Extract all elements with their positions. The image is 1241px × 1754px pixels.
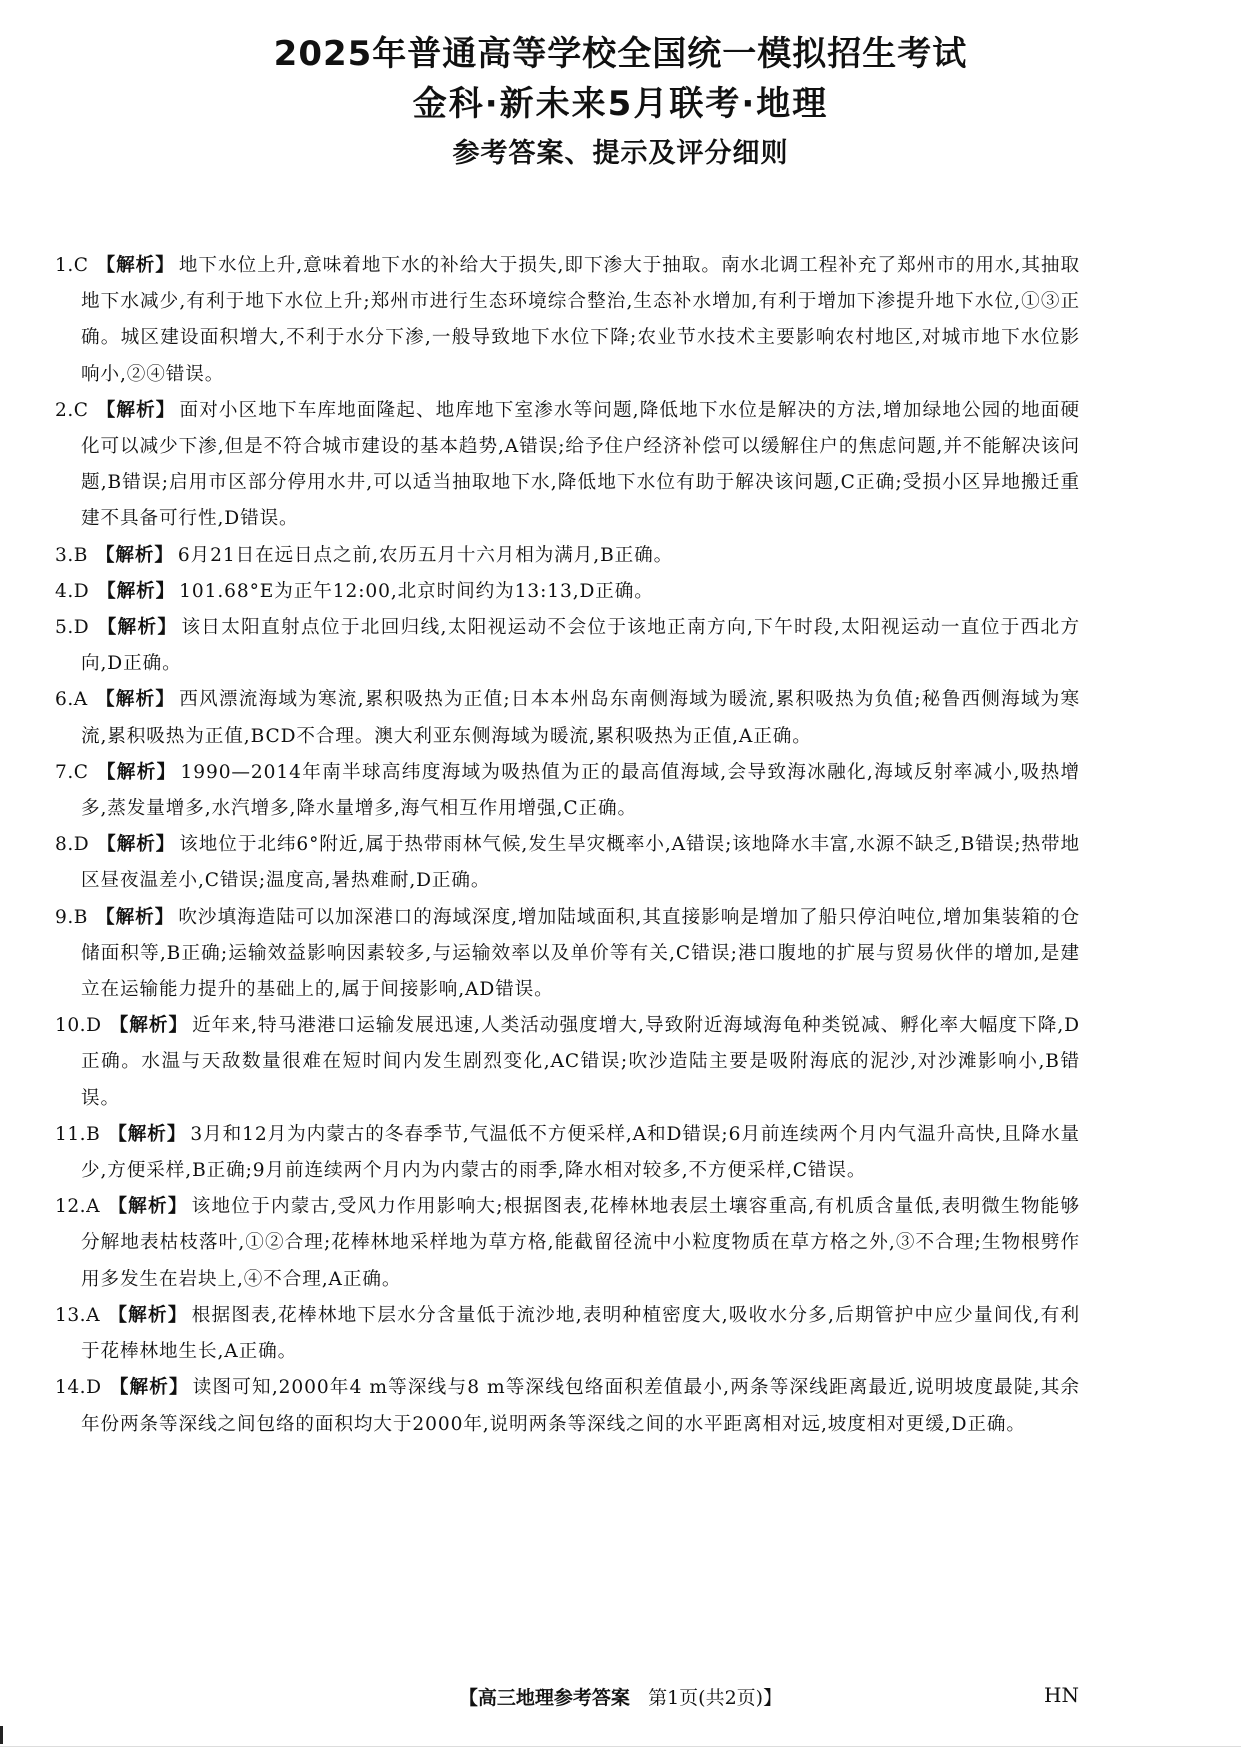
answer-item: 3.B【解析】6月21日在远日点之前,农历五月十六月相为满月,B正确。 xyxy=(55,538,1080,574)
answer-choice: 9.B xyxy=(55,907,88,928)
answer-explanation: 面对小区地下车库地面隆起、地库地下室渗水等问题,降低地下水位是解决的方法,增加绿… xyxy=(81,400,1080,530)
answer-item: 13.A【解析】根据图表,花棒林地下层水分含量低于流沙地,表明种植密度大,吸收水… xyxy=(55,1298,1080,1370)
footer-doc-label: 【高三地理参考答案 xyxy=(459,1687,630,1709)
answer-explanation: 吹沙填海造陆可以加深港口的海域深度,增加陆域面积,其直接影响是增加了船只停泊吨位… xyxy=(81,907,1080,1000)
answer-choice: 7.C xyxy=(55,762,88,783)
analysis-tag: 【解析】 xyxy=(96,255,174,276)
answer-explanation: 该地位于北纬6°附近,属于热带雨林气候,发生旱灾概率小,A错误;该地降水丰富,水… xyxy=(81,834,1080,891)
answer-explanation: 近年来,特马港港口运输发展迅速,人类活动强度增大,导致附近海域海龟种类锐减、孵化… xyxy=(81,1015,1080,1108)
analysis-tag: 【解析】 xyxy=(109,1015,188,1036)
answer-choice: 1.C xyxy=(55,255,88,276)
answer-explanation: 3月和12月为内蒙古的冬春季节,气温低不方便采样,A和D错误;6月前连续两个月内… xyxy=(81,1124,1080,1181)
footer-region-code: HN xyxy=(1044,1683,1079,1707)
answer-explanation: 6月21日在远日点之前,农历五月十六月相为满月,B正确。 xyxy=(178,545,673,566)
answer-item: 5.D【解析】该日太阳直射点位于北回归线,太阳视运动不会位于该地正南方向,下午时… xyxy=(55,610,1080,682)
answer-choice: 11.B xyxy=(55,1124,100,1145)
answer-choice: 4.D xyxy=(55,581,89,602)
answer-explanation: 该地位于内蒙古,受风力作用影响大;根据图表,花棒林地表层土壤容重高,有机质含量低… xyxy=(81,1196,1080,1289)
analysis-tag: 【解析】 xyxy=(108,1124,186,1145)
page-bottom-edge xyxy=(0,1746,1241,1747)
answer-item: 7.C【解析】1990—2014年南半球高纬度海域为吸热值为正的最高值海域,会导… xyxy=(55,755,1080,827)
document-header: 2025年普通高等学校全国统一模拟招生考试 金科·新未来5月联考·地理 参考答案… xyxy=(0,30,1241,176)
answer-choice: 2.C xyxy=(55,400,88,421)
answer-choice: 14.D xyxy=(55,1377,101,1398)
analysis-tag: 【解析】 xyxy=(96,545,174,566)
answer-choice: 12.A xyxy=(55,1196,100,1217)
answer-item: 12.A【解析】该地位于内蒙古,受风力作用影响大;根据图表,花棒林地表层土壤容重… xyxy=(55,1189,1080,1298)
analysis-tag: 【解析】 xyxy=(96,689,176,710)
scan-corner-mark xyxy=(0,1726,3,1744)
answer-explanation: 根据图表,花棒林地下层水分含量低于流沙地,表明种植密度大,吸收水分多,后期管护中… xyxy=(81,1305,1080,1362)
answer-item: 6.A【解析】西风漂流海域为寒流,累积吸热为正值;日本本州岛东南侧海域为暖流,累… xyxy=(55,682,1080,754)
answer-choice: 3.B xyxy=(55,545,88,566)
analysis-tag: 【解析】 xyxy=(97,617,177,638)
answer-explanation: 101.68°E为正午12:00,北京时间约为13:13,D正确。 xyxy=(179,581,654,602)
analysis-tag: 【解析】 xyxy=(96,400,175,421)
analysis-tag: 【解析】 xyxy=(97,834,175,855)
exam-subtitle: 金科·新未来5月联考·地理 xyxy=(0,78,1241,130)
answer-choice: 10.D xyxy=(55,1015,101,1036)
analysis-tag: 【解析】 xyxy=(97,581,175,602)
answer-list: 1.C【解析】地下水位上升,意味着地下水的补给大于损失,即下渗大于抽取。南水北调… xyxy=(55,248,1080,1443)
answer-item: 8.D【解析】该地位于北纬6°附近,属于热带雨林气候,发生旱灾概率小,A错误;该… xyxy=(55,827,1080,899)
answer-item: 4.D【解析】101.68°E为正午12:00,北京时间约为13:13,D正确。 xyxy=(55,574,1080,610)
answer-item: 1.C【解析】地下水位上升,意味着地下水的补给大于损失,即下渗大于抽取。南水北调… xyxy=(55,248,1080,393)
answer-item: 11.B【解析】3月和12月为内蒙古的冬春季节,气温低不方便采样,A和D错误;6… xyxy=(55,1117,1080,1189)
answer-choice: 6.A xyxy=(55,689,88,710)
answer-choice: 5.D xyxy=(55,617,89,638)
exam-title: 2025年普通高等学校全国统一模拟招生考试 xyxy=(0,30,1241,78)
answer-explanation: 该日太阳直射点位于北回归线,太阳视运动不会位于该地正南方向,下午时段,太阳视运动… xyxy=(81,617,1080,674)
answer-key-heading: 参考答案、提示及评分细则 xyxy=(0,132,1241,176)
analysis-tag: 【解析】 xyxy=(109,1377,188,1398)
answer-item: 10.D【解析】近年来,特马港港口运输发展迅速,人类活动强度增大,导致附近海域海… xyxy=(55,1008,1080,1117)
analysis-tag: 【解析】 xyxy=(96,907,174,928)
answer-item: 2.C【解析】面对小区地下车库地面隆起、地库地下室渗水等问题,降低地下水位是解决… xyxy=(55,393,1080,538)
answer-item: 9.B【解析】吹沙填海造陆可以加深港口的海域深度,增加陆域面积,其直接影响是增加… xyxy=(55,900,1080,1009)
answer-explanation: 西风漂流海域为寒流,累积吸热为正值;日本本州岛东南侧海域为暖流,累积吸热为负值;… xyxy=(81,689,1080,746)
answer-choice: 13.A xyxy=(55,1305,100,1326)
footer-page-number: 第1页(共2页)】 xyxy=(648,1687,782,1709)
analysis-tag: 【解析】 xyxy=(108,1305,188,1326)
answer-item: 14.D【解析】读图可知,2000年4 m等深线与8 m等深线包络面积差值最小,… xyxy=(55,1370,1080,1442)
analysis-tag: 【解析】 xyxy=(108,1196,188,1217)
answer-explanation: 1990—2014年南半球高纬度海域为吸热值为正的最高值海域,会导致海冰融化,海… xyxy=(81,762,1080,819)
answer-explanation: 读图可知,2000年4 m等深线与8 m等深线包络面积差值最小,两条等深线距离最… xyxy=(81,1377,1080,1434)
answer-explanation: 地下水位上升,意味着地下水的补给大于损失,即下渗大于抽取。南水北调工程补充了郑州… xyxy=(81,255,1080,385)
answer-choice: 8.D xyxy=(55,834,89,855)
analysis-tag: 【解析】 xyxy=(96,762,176,783)
